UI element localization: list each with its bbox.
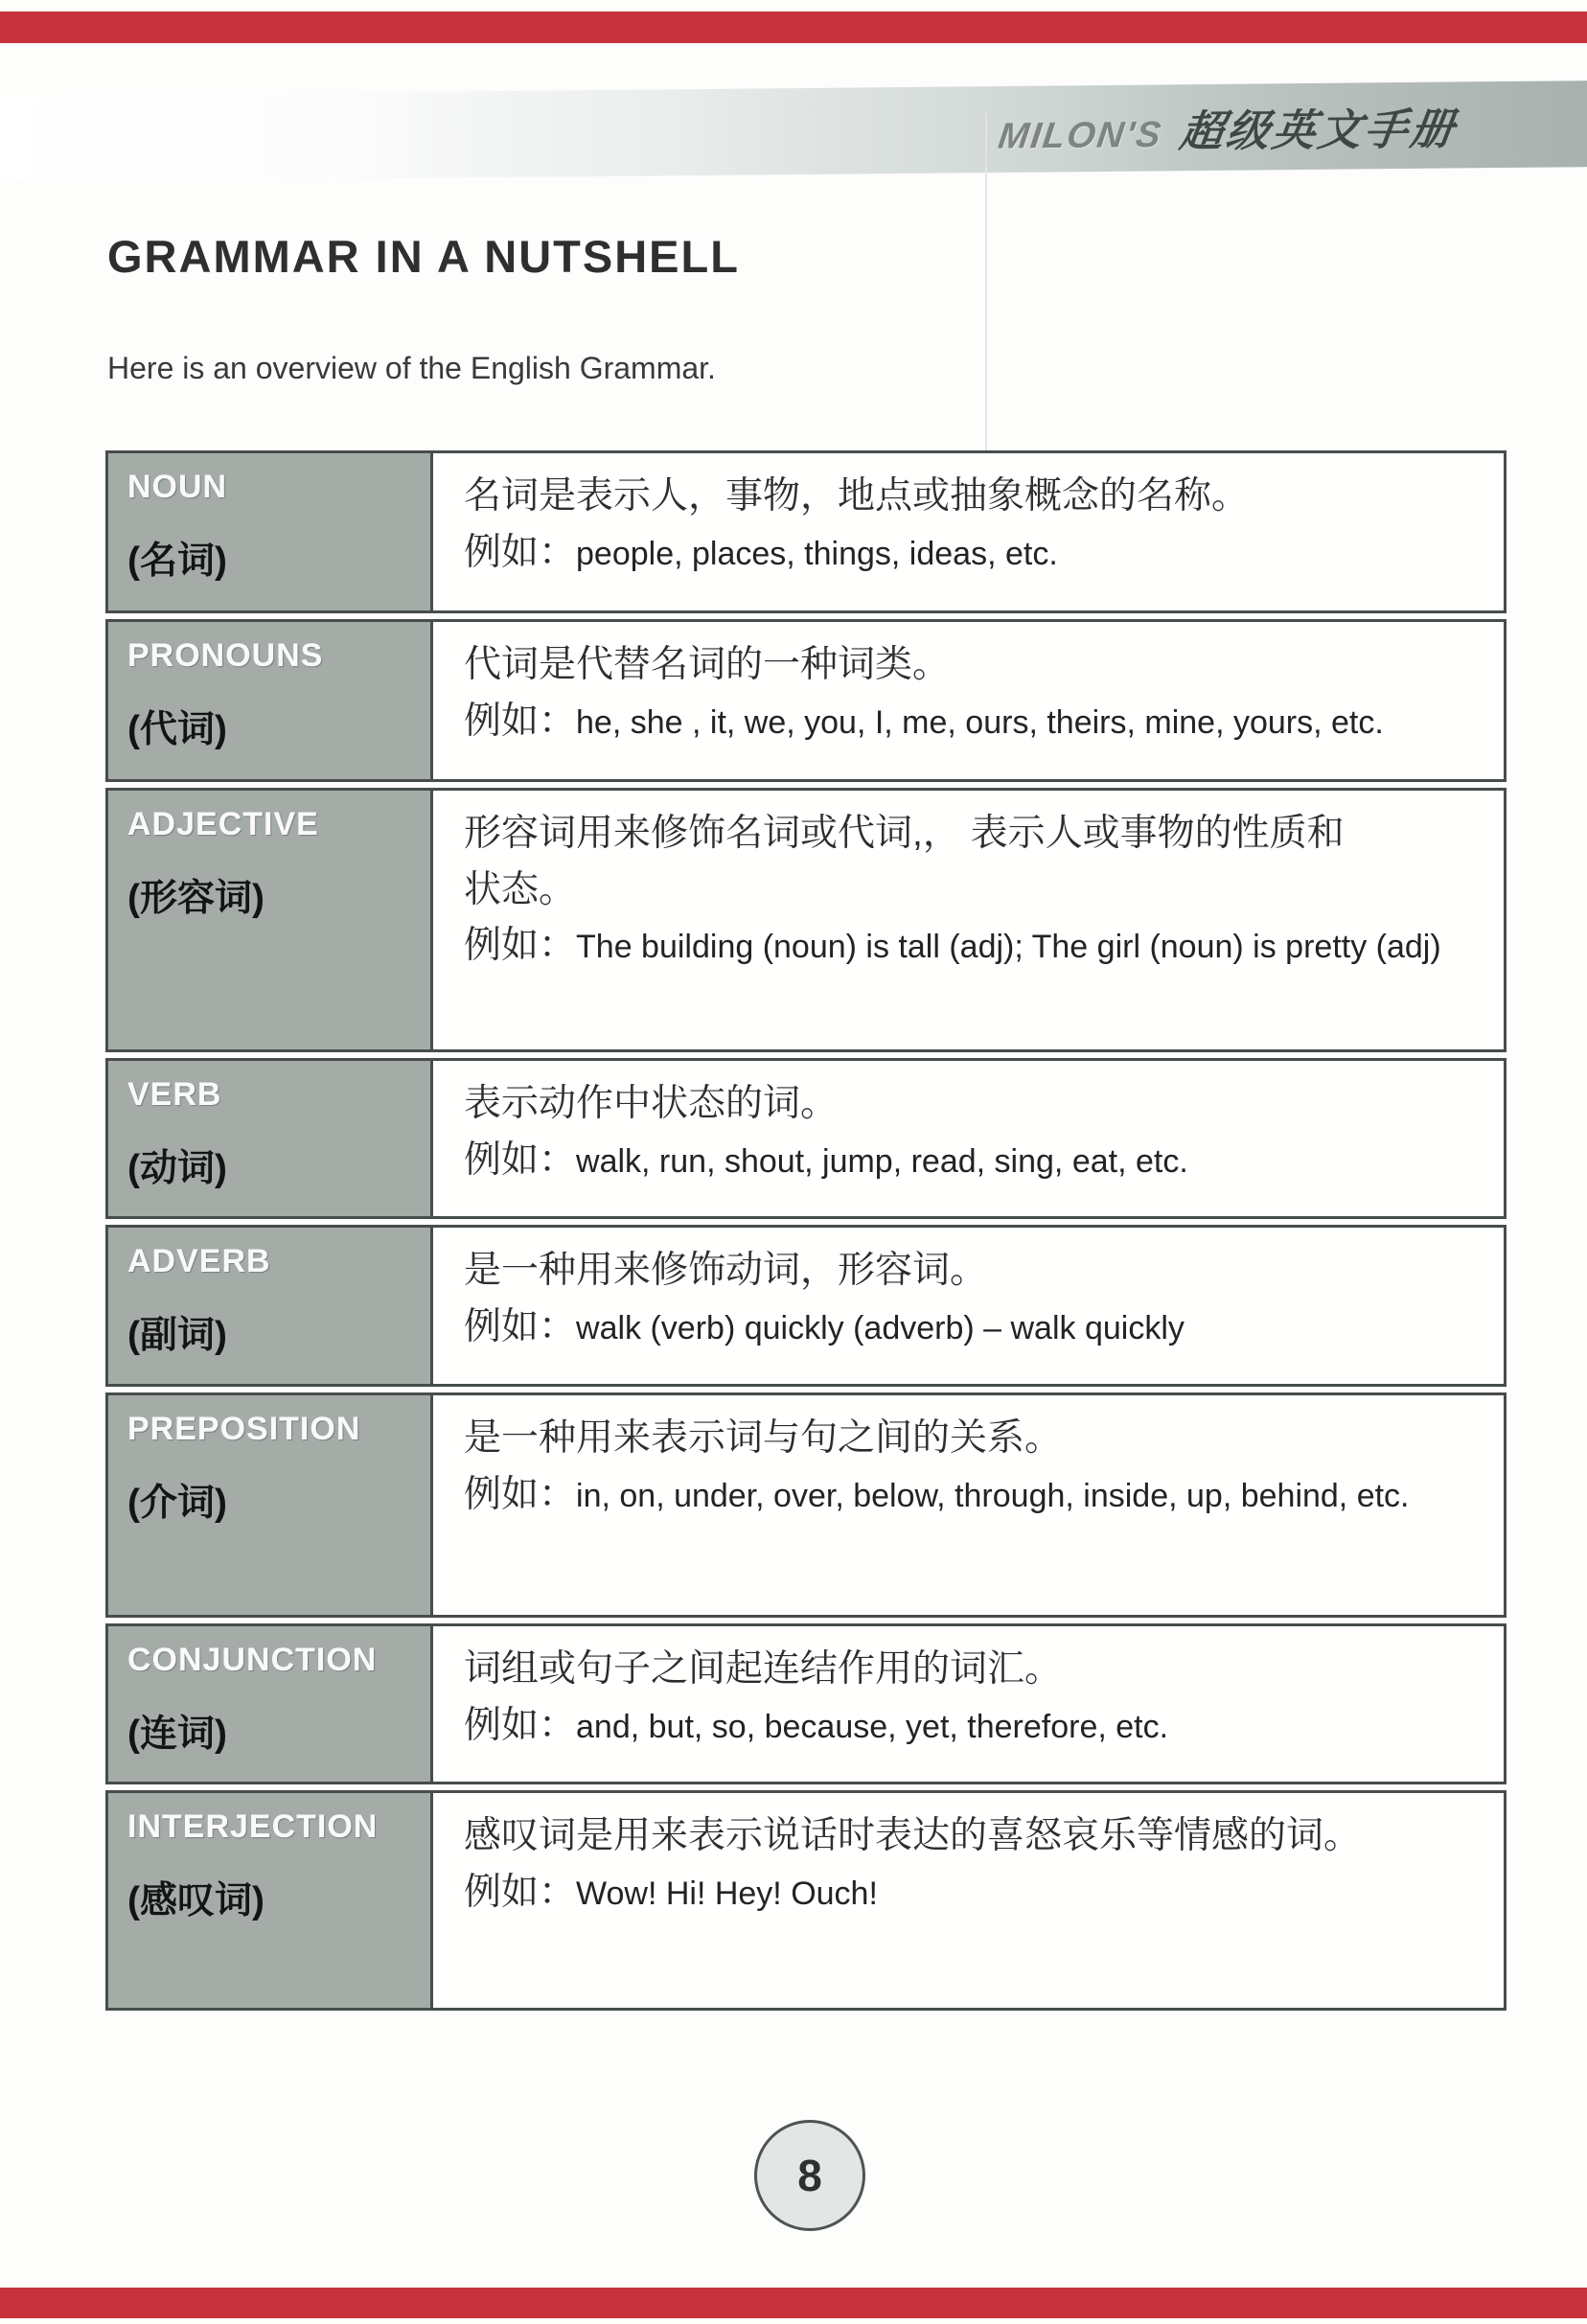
definition-cell: 名词是表示人，事物，地点或抽象概念的名称。 例如：people, places,…: [433, 453, 1504, 610]
term-chinese: (动词): [127, 1139, 423, 1192]
page-number-value: 8: [797, 2150, 822, 2201]
term-chinese: (副词): [127, 1305, 423, 1359]
term-cell: PREPOSITION (介词): [108, 1395, 433, 1615]
definition-cell: 代词是代替名词的一种词类。 例如：he, she , it, we, you, …: [433, 622, 1504, 779]
example-line: 例如：Wow! Hi! Hey! Ouch!: [464, 1865, 1477, 1921]
definition-text: 名词是表示人，事物，地点或抽象概念的名称。: [464, 469, 1365, 525]
term-english: PRONOUNS: [127, 637, 423, 675]
header-band: MILON'S 超级英文手册: [0, 81, 1587, 182]
term-chinese: (名词): [127, 531, 423, 585]
definition-cell: 感叹词是用来表示说话时表达的喜怒哀乐等情感的词。 例如：Wow! Hi! Hey…: [433, 1793, 1504, 2008]
example-line: 例如：people, places, things, ideas, etc.: [464, 525, 1477, 582]
term-chinese: (介词): [127, 1473, 423, 1527]
table-row: INTERJECTION (感叹词) 感叹词是用来表示说话时表达的喜怒哀乐等情感…: [105, 1790, 1506, 2011]
example-label: 例如：: [464, 532, 576, 573]
term-cell: CONJUNCTION (连词): [108, 1626, 433, 1782]
definition-text: 代词是代替名词的一种词类。: [464, 637, 1365, 694]
term-cell: INTERJECTION (感叹词): [108, 1793, 433, 2008]
page-title: GRAMMAR IN A NUTSHELL: [107, 230, 740, 283]
example-label: 例如：: [464, 925, 576, 966]
example-line: 例如：walk, run, shout, jump, read, sing, e…: [464, 1133, 1477, 1189]
term-cell: VERB (动词): [108, 1061, 433, 1216]
bottom-red-bar: [0, 2288, 1587, 2318]
example-line: 例如：he, she , it, we, you, I, me, ours, t…: [464, 694, 1477, 750]
example-line: 例如：The building (noun) is tall (adj); Th…: [464, 918, 1477, 975]
definition-text: 形容词用来修饰名词或代词,， 表示人或事物的性质和状态。: [464, 806, 1365, 918]
example-label: 例如：: [464, 1872, 576, 1913]
definition-cell: 词组或句子之间起连结作用的词汇。 例如：and, but, so, becaus…: [433, 1626, 1504, 1782]
term-english: CONJUNCTION: [127, 1642, 423, 1679]
definition-text: 词组或句子之间起连结作用的词汇。: [464, 1642, 1365, 1698]
table-row: NOUN (名词) 名词是表示人，事物，地点或抽象概念的名称。 例如：peopl…: [105, 450, 1506, 613]
term-cell: ADVERB (副词): [108, 1228, 433, 1384]
definition-text: 表示动作中状态的词。: [464, 1076, 1365, 1133]
brand-text: MILON'S 超级英文手册: [995, 94, 1460, 161]
table-row: VERB (动词) 表示动作中状态的词。 例如：walk, run, shout…: [105, 1058, 1506, 1219]
definition-text: 是一种用来修饰动词，形容词。: [464, 1243, 1365, 1300]
term-chinese: (形容词): [127, 868, 423, 922]
table-row: ADVERB (副词) 是一种用来修饰动词，形容词。 例如：walk (verb…: [105, 1225, 1506, 1387]
table-row: ADJECTIVE (形容词) 形容词用来修饰名词或代词,， 表示人或事物的性质…: [105, 788, 1506, 1052]
definition-text: 感叹词是用来表示说话时表达的喜怒哀乐等情感的词。: [464, 1808, 1365, 1865]
example-label: 例如：: [464, 701, 576, 742]
example-text: and, but, so, because, yet, therefore, e…: [576, 1709, 1168, 1745]
scanned-book-page: MILON'S 超级英文手册 GRAMMAR IN A NUTSHELL Her…: [0, 0, 1587, 2324]
term-english: VERB: [127, 1076, 423, 1114]
brand-name-chinese: 超级英文手册: [1177, 104, 1460, 156]
example-line: 例如：walk (verb) quickly (adverb) – walk q…: [464, 1300, 1477, 1356]
definition-cell: 表示动作中状态的词。 例如：walk, run, shout, jump, re…: [433, 1061, 1504, 1216]
table-row: PREPOSITION (介词) 是一种用来表示词与句之间的关系。 例如：in,…: [105, 1392, 1506, 1618]
top-red-bar: [0, 12, 1587, 43]
example-line: 例如：and, but, so, because, yet, therefore…: [464, 1698, 1477, 1755]
term-cell: ADJECTIVE (形容词): [108, 791, 433, 1049]
example-label: 例如：: [464, 1306, 576, 1347]
example-label: 例如：: [464, 1139, 576, 1181]
example-label: 例如：: [464, 1474, 576, 1515]
example-line: 例如：in, on, under, over, below, through, …: [464, 1467, 1477, 1524]
example-text: people, places, things, ideas, etc.: [576, 536, 1058, 572]
scan-crease-line: [985, 113, 987, 450]
definition-text: 是一种用来表示词与句之间的关系。: [464, 1411, 1365, 1467]
example-text: he, she , it, we, you, I, me, ours, thei…: [576, 704, 1384, 741]
brand-name-english: MILON'S: [996, 115, 1164, 157]
example-text: Wow! Hi! Hey! Ouch!: [576, 1875, 878, 1912]
term-english: ADJECTIVE: [127, 806, 423, 843]
definition-cell: 形容词用来修饰名词或代词,， 表示人或事物的性质和状态。 例如：The buil…: [433, 791, 1504, 1049]
term-chinese: (感叹词): [127, 1871, 423, 1924]
example-label: 例如：: [464, 1705, 576, 1746]
term-english: ADVERB: [127, 1243, 423, 1280]
definition-cell: 是一种用来表示词与句之间的关系。 例如：in, on, under, over,…: [433, 1395, 1504, 1615]
term-english: INTERJECTION: [127, 1808, 423, 1846]
grammar-table: NOUN (名词) 名词是表示人，事物，地点或抽象概念的名称。 例如：peopl…: [105, 450, 1506, 2016]
page-number-badge: 8: [754, 2120, 865, 2231]
table-row: PRONOUNS (代词) 代词是代替名词的一种词类。 例如：he, she ,…: [105, 619, 1506, 782]
definition-cell: 是一种用来修饰动词，形容词。 例如：walk (verb) quickly (a…: [433, 1228, 1504, 1384]
table-row: CONJUNCTION (连词) 词组或句子之间起连结作用的词汇。 例如：and…: [105, 1623, 1506, 1784]
term-english: NOUN: [127, 469, 423, 506]
intro-text: Here is an overview of the English Gramm…: [107, 351, 716, 386]
term-english: PREPOSITION: [127, 1411, 423, 1448]
example-text: walk, run, shout, jump, read, sing, eat,…: [576, 1143, 1188, 1180]
term-chinese: (代词): [127, 700, 423, 753]
term-chinese: (连词): [127, 1704, 423, 1758]
example-text: walk (verb) quickly (adverb) – walk quic…: [576, 1310, 1184, 1346]
term-cell: PRONOUNS (代词): [108, 622, 433, 779]
example-text: in, on, under, over, below, through, ins…: [576, 1478, 1410, 1514]
term-cell: NOUN (名词): [108, 453, 433, 610]
example-text: The building (noun) is tall (adj); The g…: [576, 929, 1441, 965]
